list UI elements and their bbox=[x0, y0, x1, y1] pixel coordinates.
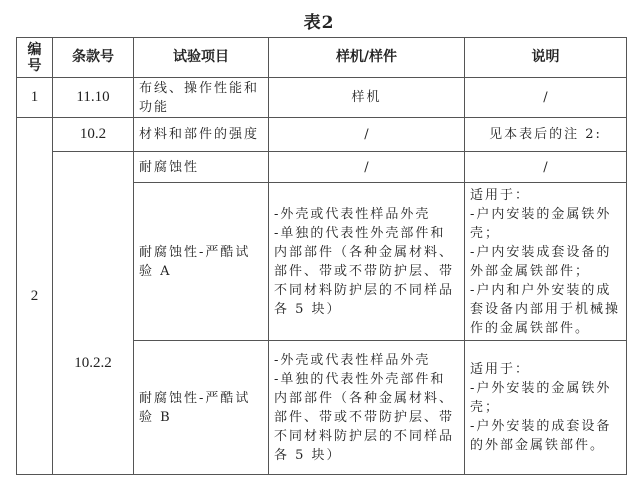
test-items-table: 编号 条款号 试验项目 样机/样件 说明 1 11.10 布线、操作性能和功能 … bbox=[16, 37, 627, 475]
header-note: 说明 bbox=[465, 38, 627, 78]
cell-sample: -外壳或代表性样品外壳 -单独的代表性外壳部件和内部部件（各种金属材料、部件、带… bbox=[269, 183, 465, 341]
cell-sample: / bbox=[269, 118, 465, 152]
cell-sample: 样机 bbox=[269, 78, 465, 118]
cell-note: 适用于： -户内安装的金属铁外壳； -户内安装成套设备的外部金属铁部件； -户内… bbox=[465, 183, 627, 341]
table-row: 10.2.2 耐腐蚀性 / / bbox=[17, 152, 627, 183]
table-row: 1 11.10 布线、操作性能和功能 样机 / bbox=[17, 78, 627, 118]
cell-note: / bbox=[465, 152, 627, 183]
cell-item: 布线、操作性能和功能 bbox=[134, 78, 269, 118]
cell-note: 见本表后的注 2: bbox=[465, 118, 627, 152]
cell-item: 耐腐蚀性 bbox=[134, 152, 269, 183]
table-header-row: 编号 条款号 试验项目 样机/样件 说明 bbox=[17, 38, 627, 78]
cell-sample: / bbox=[269, 152, 465, 183]
cell-item: 耐腐蚀性-严酷试验 A bbox=[134, 183, 269, 341]
cell-no: 2 bbox=[17, 118, 53, 475]
header-sample: 样机/样件 bbox=[269, 38, 465, 78]
cell-note: 适用于： -户外安装的金属铁外壳； -户外安装的成套设备的外部金属铁部件。 bbox=[465, 341, 627, 475]
table-row: 2 10.2 材料和部件的强度 / 见本表后的注 2: bbox=[17, 118, 627, 152]
header-clause: 条款号 bbox=[53, 38, 134, 78]
cell-sample: -外壳或代表性样品外壳 -单独的代表性外壳部件和内部部件（各种金属材料、部件、带… bbox=[269, 341, 465, 475]
header-item: 试验项目 bbox=[134, 38, 269, 78]
cell-item: 耐腐蚀性-严酷试验 B bbox=[134, 341, 269, 475]
cell-no: 1 bbox=[17, 78, 53, 118]
cell-clause: 10.2.2 bbox=[53, 152, 134, 475]
table-title: 表2 bbox=[0, 8, 638, 33]
cell-clause: 11.10 bbox=[53, 78, 134, 118]
cell-item: 材料和部件的强度 bbox=[134, 118, 269, 152]
cell-note: / bbox=[465, 78, 627, 118]
cell-clause: 10.2 bbox=[53, 118, 134, 152]
header-no: 编号 bbox=[17, 38, 53, 78]
